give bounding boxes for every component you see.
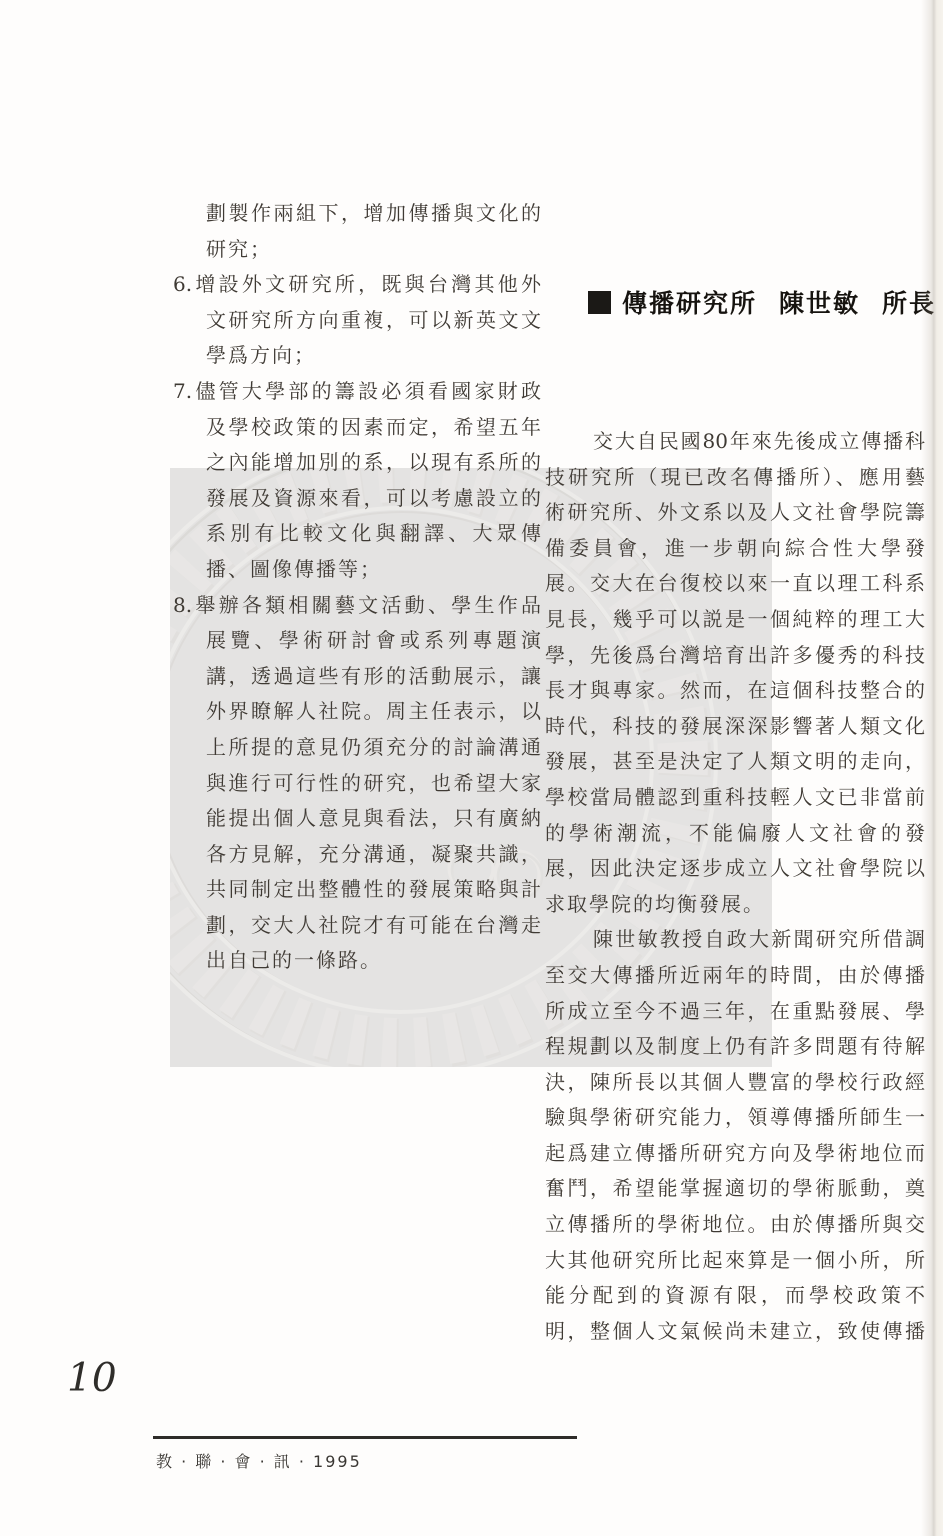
- text-line: 展，因此決定逐步成立人文社會學院以: [545, 851, 925, 887]
- text-line: 能提出個人意見與看法，只有廣納: [173, 801, 541, 837]
- text-line: 及學校政策的因素而定，希望五年: [173, 410, 541, 446]
- page-number: 10: [67, 1356, 117, 1401]
- text-line: 各方見解，充分溝通，凝聚共識，: [173, 837, 541, 873]
- text-line: 展。交大在台復校以來一直以理工科系: [545, 566, 925, 602]
- text-line: 程規劃以及制度上仍有許多問題有待解: [545, 1029, 925, 1065]
- text-line: 求取學院的均衡發展。: [545, 887, 925, 923]
- article-text-column: 交大自民國80年來先後成立傳播科技研究所（現已改名傳播所）、應用藝術研究所、外文…: [545, 424, 925, 1349]
- text-line: 明，整個人文氣候尚未建立，致使傳播: [545, 1314, 925, 1350]
- text-line: 上所提的意見仍須充分的討論溝通: [173, 730, 541, 766]
- text-line: 長才與專家。然而，在這個科技整合的: [545, 673, 925, 709]
- director-name: 陳世敏: [779, 289, 860, 318]
- text-line: 與進行可行性的研究，也希望大家: [173, 766, 541, 802]
- text-line: 講，透過這些有形的活動展示，讓: [173, 659, 541, 695]
- text-line: 見長，幾乎可以説是一個純粹的理工大: [545, 602, 925, 638]
- text-line: 發展及資源來看，可以考慮設立的: [173, 481, 541, 517]
- text-line: 立傳播所的學術地位。由於傳播所與交: [545, 1207, 925, 1243]
- article-header: 傳播研究所陳世敏所長: [588, 284, 936, 320]
- text-line: 學爲方向；: [173, 338, 541, 374]
- text-line: 播、圖像傳播等；: [173, 552, 541, 588]
- text-line: 大其他研究所比起來算是一個小所，所: [545, 1243, 925, 1279]
- text-line: 外界瞭解人社院。周主任表示，以: [173, 694, 541, 730]
- text-line: 至交大傳播所近兩年的時間，由於傳播: [545, 958, 925, 994]
- text-line: 8.舉辦各類相關藝文活動、學生作品: [173, 588, 541, 624]
- text-line: 的學術潮流，不能偏廢人文社會的發: [545, 816, 925, 852]
- text-line: 所成立至今不過三年，在重點發展、學: [545, 994, 925, 1030]
- text-line: 備委員會，進一步朝向綜合性大學發: [545, 531, 925, 567]
- text-line: 研究；: [173, 232, 541, 268]
- text-line: 發展，甚至是決定了人類文明的走向，: [545, 744, 925, 780]
- text-line: 劃製作兩組下，增加傳播與文化的: [173, 196, 541, 232]
- footer-journal-title: 教 · 聯 · 會 · 訊 · 1995: [156, 1449, 362, 1472]
- scanned-document-page: 劃製作兩組下，增加傳播與文化的研究；6.增設外文研究所，既與台灣其他外文研究所方…: [0, 0, 943, 1536]
- text-line: 展覽、學術研討會或系列專題演: [173, 623, 541, 659]
- text-line: 7.儘管大學部的籌設必須看國家財政: [173, 374, 541, 410]
- article-title: 傳播研究所: [622, 289, 757, 318]
- text-line: 文研究所方向重複，可以新英文文: [173, 303, 541, 339]
- text-line: 決，陳所長以其個人豐富的學校行政經: [545, 1065, 925, 1101]
- text-line: 技研究所（現已改名傳播所）、應用藝: [545, 460, 925, 496]
- text-line: 奮鬥，希望能掌握適切的學術脈動，奠: [545, 1171, 925, 1207]
- text-line: 出自己的一條路。: [173, 943, 541, 979]
- text-line: 劃，交大人社院才有可能在台灣走: [173, 908, 541, 944]
- text-line: 共同制定出整體性的發展策略與計: [173, 872, 541, 908]
- page-edge-shadow: [921, 0, 943, 1536]
- left-text-column: 劃製作兩組下，增加傳播與文化的研究；6.增設外文研究所，既與台灣其他外文研究所方…: [173, 196, 541, 979]
- text-line: 之內能增加別的系，以現有系所的: [173, 445, 541, 481]
- text-line: 學校當局體認到重科技輕人文已非當前: [545, 780, 925, 816]
- text-line: 術研究所、外文系以及人文社會學院籌: [545, 495, 925, 531]
- text-line: 驗與學術研究能力，領導傳播所師生一: [545, 1100, 925, 1136]
- text-line: 陳世敏教授自政大新聞研究所借調: [545, 922, 925, 958]
- text-line: 學，先後爲台灣培育出許多優秀的科技: [545, 638, 925, 674]
- text-line: 交大自民國80年來先後成立傳播科: [545, 424, 925, 460]
- footer-rule: [153, 1436, 577, 1439]
- text-line: 系別有比較文化與翻譯、大眾傳: [173, 516, 541, 552]
- text-line: 起爲建立傳播所研究方向及學術地位而: [545, 1136, 925, 1172]
- text-line: 能分配到的資源有限，而學校政策不: [545, 1278, 925, 1314]
- text-line: 6.增設外文研究所，既與台灣其他外: [173, 267, 541, 303]
- section-marker-icon: [588, 291, 611, 314]
- text-line: 時代，科技的發展深深影響著人類文化: [545, 709, 925, 745]
